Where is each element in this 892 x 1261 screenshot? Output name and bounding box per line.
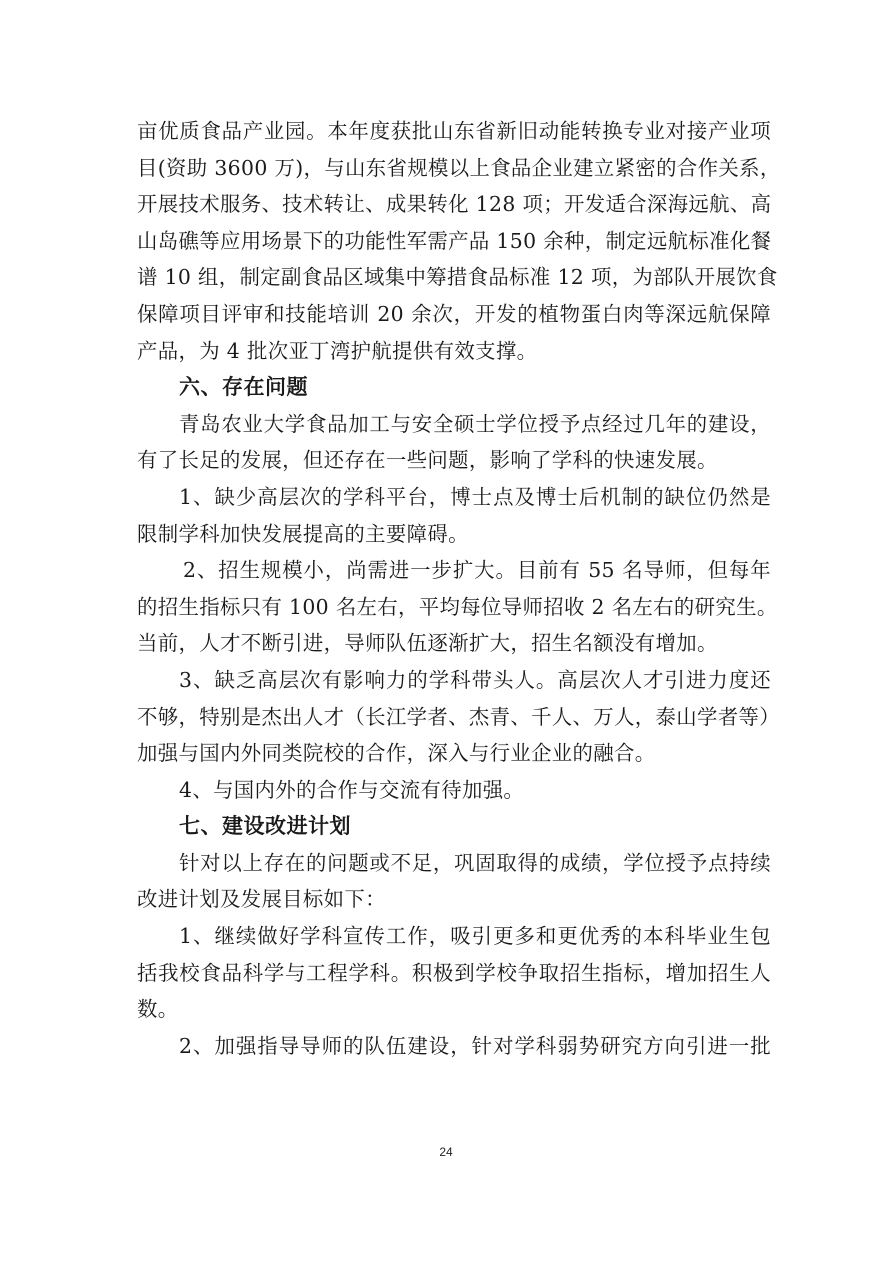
- paragraph-line: 山岛礁等应用场景下的功能性军需产品 150 余种，制定远航标准化餐: [137, 223, 771, 260]
- document-page: 亩优质食品产业园。本年度获批山东省新旧动能转换专业对接产业项 目(资助 3600…: [137, 113, 771, 1064]
- list-item-line: 数。: [137, 991, 771, 1028]
- list-item-line: 限制学科加快发展提高的主要障碍。: [137, 516, 771, 553]
- list-item-line: 当前，人才不断引进，导师队伍逐渐扩大，招生名额没有增加。: [137, 625, 771, 662]
- list-item-line: 的招生指标只有 100 名左右，平均每位导师招收 2 名左右的研究生。: [137, 589, 771, 626]
- list-item-line: 2、招生规模小，尚需进一步扩大。目前有 55 名导师，但每年: [137, 552, 771, 589]
- paragraph-line: 亩优质食品产业园。本年度获批山东省新旧动能转换专业对接产业项: [137, 113, 771, 150]
- paragraph-line: 谱 10 组，制定副食品区域集中筹措食品标准 12 项，为部队开展饮食: [137, 259, 771, 296]
- paragraph-line: 针对以上存在的问题或不足，巩固取得的成绩，学位授予点持续: [137, 845, 771, 882]
- list-item-line: 1、缺少高层次的学科平台，博士点及博士后机制的缺位仍然是: [137, 479, 771, 516]
- list-item-line: 加强与国内外同类院校的合作，深入与行业企业的融合。: [137, 735, 771, 772]
- list-item-line: 3、缺乏高层次有影响力的学科带头人。高层次人才引进力度还: [137, 662, 771, 699]
- list-item-line: 2、加强指导导师的队伍建设，针对学科弱势研究方向引进一批: [137, 1028, 771, 1065]
- paragraph-line: 青岛农业大学食品加工与安全硕士学位授予点经过几年的建设，: [137, 406, 771, 443]
- paragraph-line: 开展技术服务、技术转让、成果转化 128 项；开发适合深海远航、高: [137, 186, 771, 223]
- list-item-line: 4、与国内外的合作与交流有待加强。: [137, 772, 771, 809]
- paragraph-line: 产品，为 4 批次亚丁湾护航提供有效支撑。: [137, 333, 771, 370]
- paragraph-line: 保障项目评审和技能培训 20 余次，开发的植物蛋白肉等深远航保障: [137, 296, 771, 333]
- paragraph-line: 有了长足的发展，但还存在一些问题，影响了学科的快速发展。: [137, 442, 771, 479]
- page-number: 24: [0, 1145, 892, 1159]
- section-heading-improvement-plan: 七、建设改进计划: [137, 808, 771, 845]
- paragraph-line: 改进计划及发展目标如下：: [137, 881, 771, 918]
- list-item-line: 括我校食品科学与工程学科。积极到学校争取招生指标，增加招生人: [137, 955, 771, 992]
- list-item-line: 不够，特别是杰出人才（长江学者、杰青、千人、万人，泰山学者等）: [137, 699, 771, 736]
- paragraph-line: 目(资助 3600 万)，与山东省规模以上食品企业建立紧密的合作关系，: [137, 150, 771, 187]
- section-heading-problems: 六、存在问题: [137, 369, 771, 406]
- list-item-line: 1、继续做好学科宣传工作，吸引更多和更优秀的本科毕业生包: [137, 918, 771, 955]
